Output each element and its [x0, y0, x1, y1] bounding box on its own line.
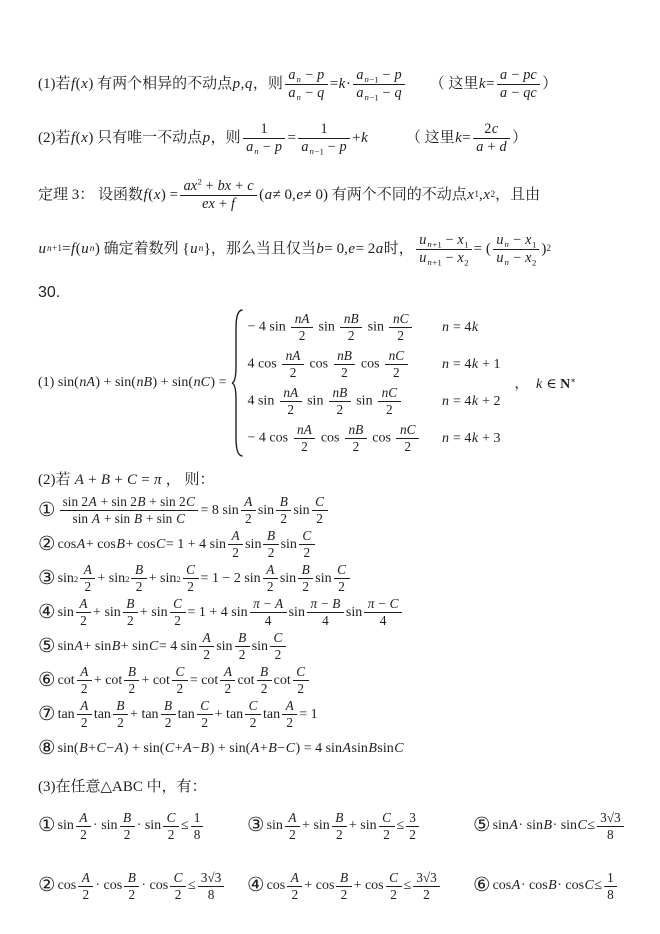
- k-natural-number-note: ， k ∈ N∗: [515, 373, 577, 393]
- piecewise-row: − 4 sin nA2 sin nB2 sin nC2 n = 4k: [247, 309, 500, 346]
- inequality-item-6: ⑥ cos A · cos B · cos C ≤ 18: [473, 864, 652, 908]
- sine-sum-piecewise-block: (1) sin(nA) + sin(nB) + sin(nC) = − 4 si…: [38, 308, 652, 458]
- inequality-item-3: ③ sin A2 + sin B2 + sin C2 ≤ 32: [247, 804, 469, 848]
- piecewise-expression: − 4 sin nA2 sin nB2 sin nC2: [247, 311, 425, 343]
- identity-item-7: ⑦ tan A2 tan B2 + tan B2 tan C2 + tan C2…: [38, 698, 652, 731]
- identity-item-8: ⑧ sin(B + C − A) + sin(C + A − B) + sin(…: [38, 732, 652, 765]
- curly-brace-icon: [231, 308, 244, 458]
- fixed-point-unique-line: (2)若 f (x) 只有唯一不动点 p ，则 1an − p = 1an−1 …: [38, 118, 652, 158]
- angle-sum-pi-header: (2)若 A + B + C = π ， 则：: [38, 468, 652, 489]
- inequality-item-4: ④ cos A2 + cos B2 + cos C2 ≤ 3√32: [247, 864, 469, 908]
- piecewise-expression: 4 sin nA2 sin nB2 sin nC2: [247, 385, 425, 417]
- theorem3-statement-line2: un+1 = f (un) 确定着数列 {un}，那么当且仅当 b = 0, e…: [38, 228, 652, 270]
- piecewise-row: 4 cos nA2 cos nB2 cos nC2 n = 4k + 1: [247, 346, 500, 383]
- problem-30-number: 30.: [38, 284, 652, 302]
- inequality-grid: ① sin A2 · sin B2 · sin C2 ≤ 18 ③ sin A2…: [38, 804, 652, 908]
- inequality-item-2: ② cos A2 · cos B2 · cos C2 ≤ 3√38: [38, 864, 243, 908]
- piecewise-condition: n = 4k: [441, 320, 478, 336]
- piecewise-condition: n = 4k + 1: [441, 357, 500, 373]
- piecewise-rows: − 4 sin nA2 sin nB2 sin nC2 n = 4k 4 cos…: [247, 309, 500, 457]
- identity-item-1: ① sin 2A + sin 2B + sin 2Csin A + sin B …: [38, 494, 652, 527]
- identity-item-5: ⑤ sin A + sin B + sin C = 4 sin A2 sin B…: [38, 630, 652, 663]
- piecewise-lhs: (1) sin(nA) + sin(nB) + sin(nC) =: [38, 375, 226, 391]
- piecewise-row: 4 sin nA2 sin nB2 sin nC2 n = 4k + 2: [247, 383, 500, 420]
- fixed-point-two-points-line: (1)若 f (x) 有两个相异的不动点 p, q ，则 an − pan − …: [38, 64, 652, 104]
- identity-item-4: ④ sin A2 + sin B2 + sin C2 = 1 + 4 sin π…: [38, 596, 652, 629]
- inequality-item-1: ① sin A2 · sin B2 · sin C2 ≤ 18: [38, 804, 243, 848]
- piecewise-condition: n = 4k + 3: [441, 431, 500, 447]
- piecewise-condition: n = 4k + 2: [441, 394, 500, 410]
- identity-item-6: ⑥ cot A2 + cot B2 + cot C2 = cot A2 cot …: [38, 664, 652, 697]
- document-page: (1)若 f (x) 有两个相异的不动点 p, q ，则 an − pan − …: [0, 0, 660, 934]
- curly-brace: [231, 308, 244, 458]
- inequality-item-5: ⑤ sin A · sin B · sin C ≤ 3√38: [473, 804, 652, 848]
- piecewise-row: − 4 cos nA2 cos nB2 cos nC2 n = 4k + 3: [247, 420, 500, 457]
- piecewise-expression: − 4 cos nA2 cos nB2 cos nC2: [247, 422, 425, 454]
- theorem3-statement-line1: 定理 3： 设函数 f (x) = ax2 + bx + cex + f (a …: [38, 174, 652, 216]
- identity-item-3: ③ sin2 A2 + sin2 B2 + sin2 C2 = 1 − 2 si…: [38, 562, 652, 595]
- identity-item-2: ② cos A + cos B + cos C = 1 + 4 sin A2 s…: [38, 528, 652, 561]
- triangle-abc-header: (3)在任意△ABC 中，有：: [38, 775, 652, 796]
- piecewise-expression: 4 cos nA2 cos nB2 cos nC2: [247, 348, 425, 380]
